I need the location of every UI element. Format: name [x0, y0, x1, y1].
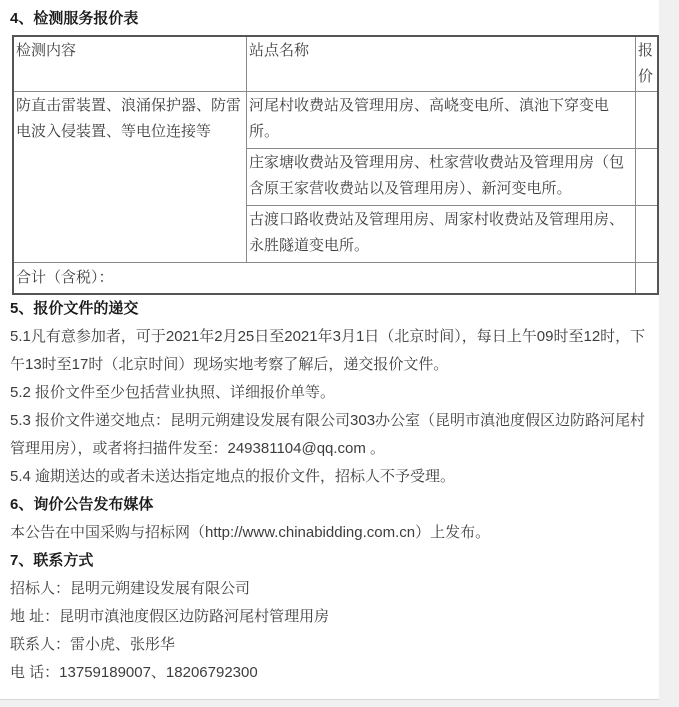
column-header-price: 报价	[636, 36, 659, 92]
table-row: 防直击雷装置、浪涌保护器、防雷电波入侵装置、等电位连接等 河尾村收费站及管理用房…	[13, 92, 658, 149]
page-background: 4、检测服务报价表 检测内容 站点名称 报价 防直击雷装置、浪涌保护器、防雷电波…	[0, 0, 679, 707]
column-header-site-name: 站点名称	[247, 36, 636, 92]
site-name-cell: 河尾村收费站及管理用房、高峣变电所、滇池下穿变电所。	[247, 92, 636, 149]
section-5-heading: 5、报价文件的递交	[10, 295, 659, 323]
column-header-inspection-content: 检测内容	[13, 36, 247, 92]
price-value-cell	[636, 92, 659, 149]
price-value-cell	[636, 149, 659, 206]
section-6-heading: 6、询价公告发布媒体	[10, 491, 659, 519]
clause-5-3: 5.3 报价文件递交地点：昆明元朔建设发展有限公司303办公室（昆明市滇池度假区…	[10, 407, 659, 463]
total-row: 合计（含税）：	[13, 263, 658, 295]
site-name-cell: 庄家塘收费站及管理用房、杜家营收费站及管理用房（包含原王家营收费站以及管理用房）…	[247, 149, 636, 206]
inspection-content-cell: 防直击雷装置、浪涌保护器、防雷电波入侵装置、等电位连接等	[13, 92, 247, 263]
total-label-cell: 合计（含税）：	[13, 263, 636, 295]
contact-tenderer-line: 招标人：昆明元朔建设发展有限公司	[10, 575, 659, 603]
quotation-table-header-row: 检测内容 站点名称 报价	[13, 36, 658, 92]
clause-5-1: 5.1凡有意参加者，可于2021年2月25日至2021年3月1日（北京时间），每…	[10, 323, 659, 379]
clause-5-4: 5.4 逾期送达的或者未送达指定地点的报价文件，招标人不予受理。	[10, 463, 659, 491]
announcement-content-area: 4、检测服务报价表 检测内容 站点名称 报价 防直击雷装置、浪涌保护器、防雷电波…	[0, 0, 659, 700]
contact-person-line: 联系人：雷小虎、张彤华	[10, 631, 659, 659]
price-value-cell	[636, 206, 659, 263]
section-7-heading: 7、联系方式	[10, 547, 659, 575]
site-name-cell: 古渡口路收费站及管理用房、周家村收费站及管理用房、永胜隧道变电所。	[247, 206, 636, 263]
contact-phone-line: 电 话：13759189007、18206792300	[10, 659, 659, 687]
clause-5-2: 5.2 报价文件至少包括营业执照、详细报价单等。	[10, 379, 659, 407]
publication-media-text: 本公告在中国采购与招标网（http://www.chinabidding.com…	[10, 519, 659, 547]
total-price-cell	[636, 263, 659, 295]
quotation-table: 检测内容 站点名称 报价 防直击雷装置、浪涌保护器、防雷电波入侵装置、等电位连接…	[12, 35, 659, 295]
contact-address-line: 地 址：昆明市滇池度假区边防路河尾村管理用房	[10, 603, 659, 631]
section-4-heading: 4、检测服务报价表	[10, 8, 659, 30]
